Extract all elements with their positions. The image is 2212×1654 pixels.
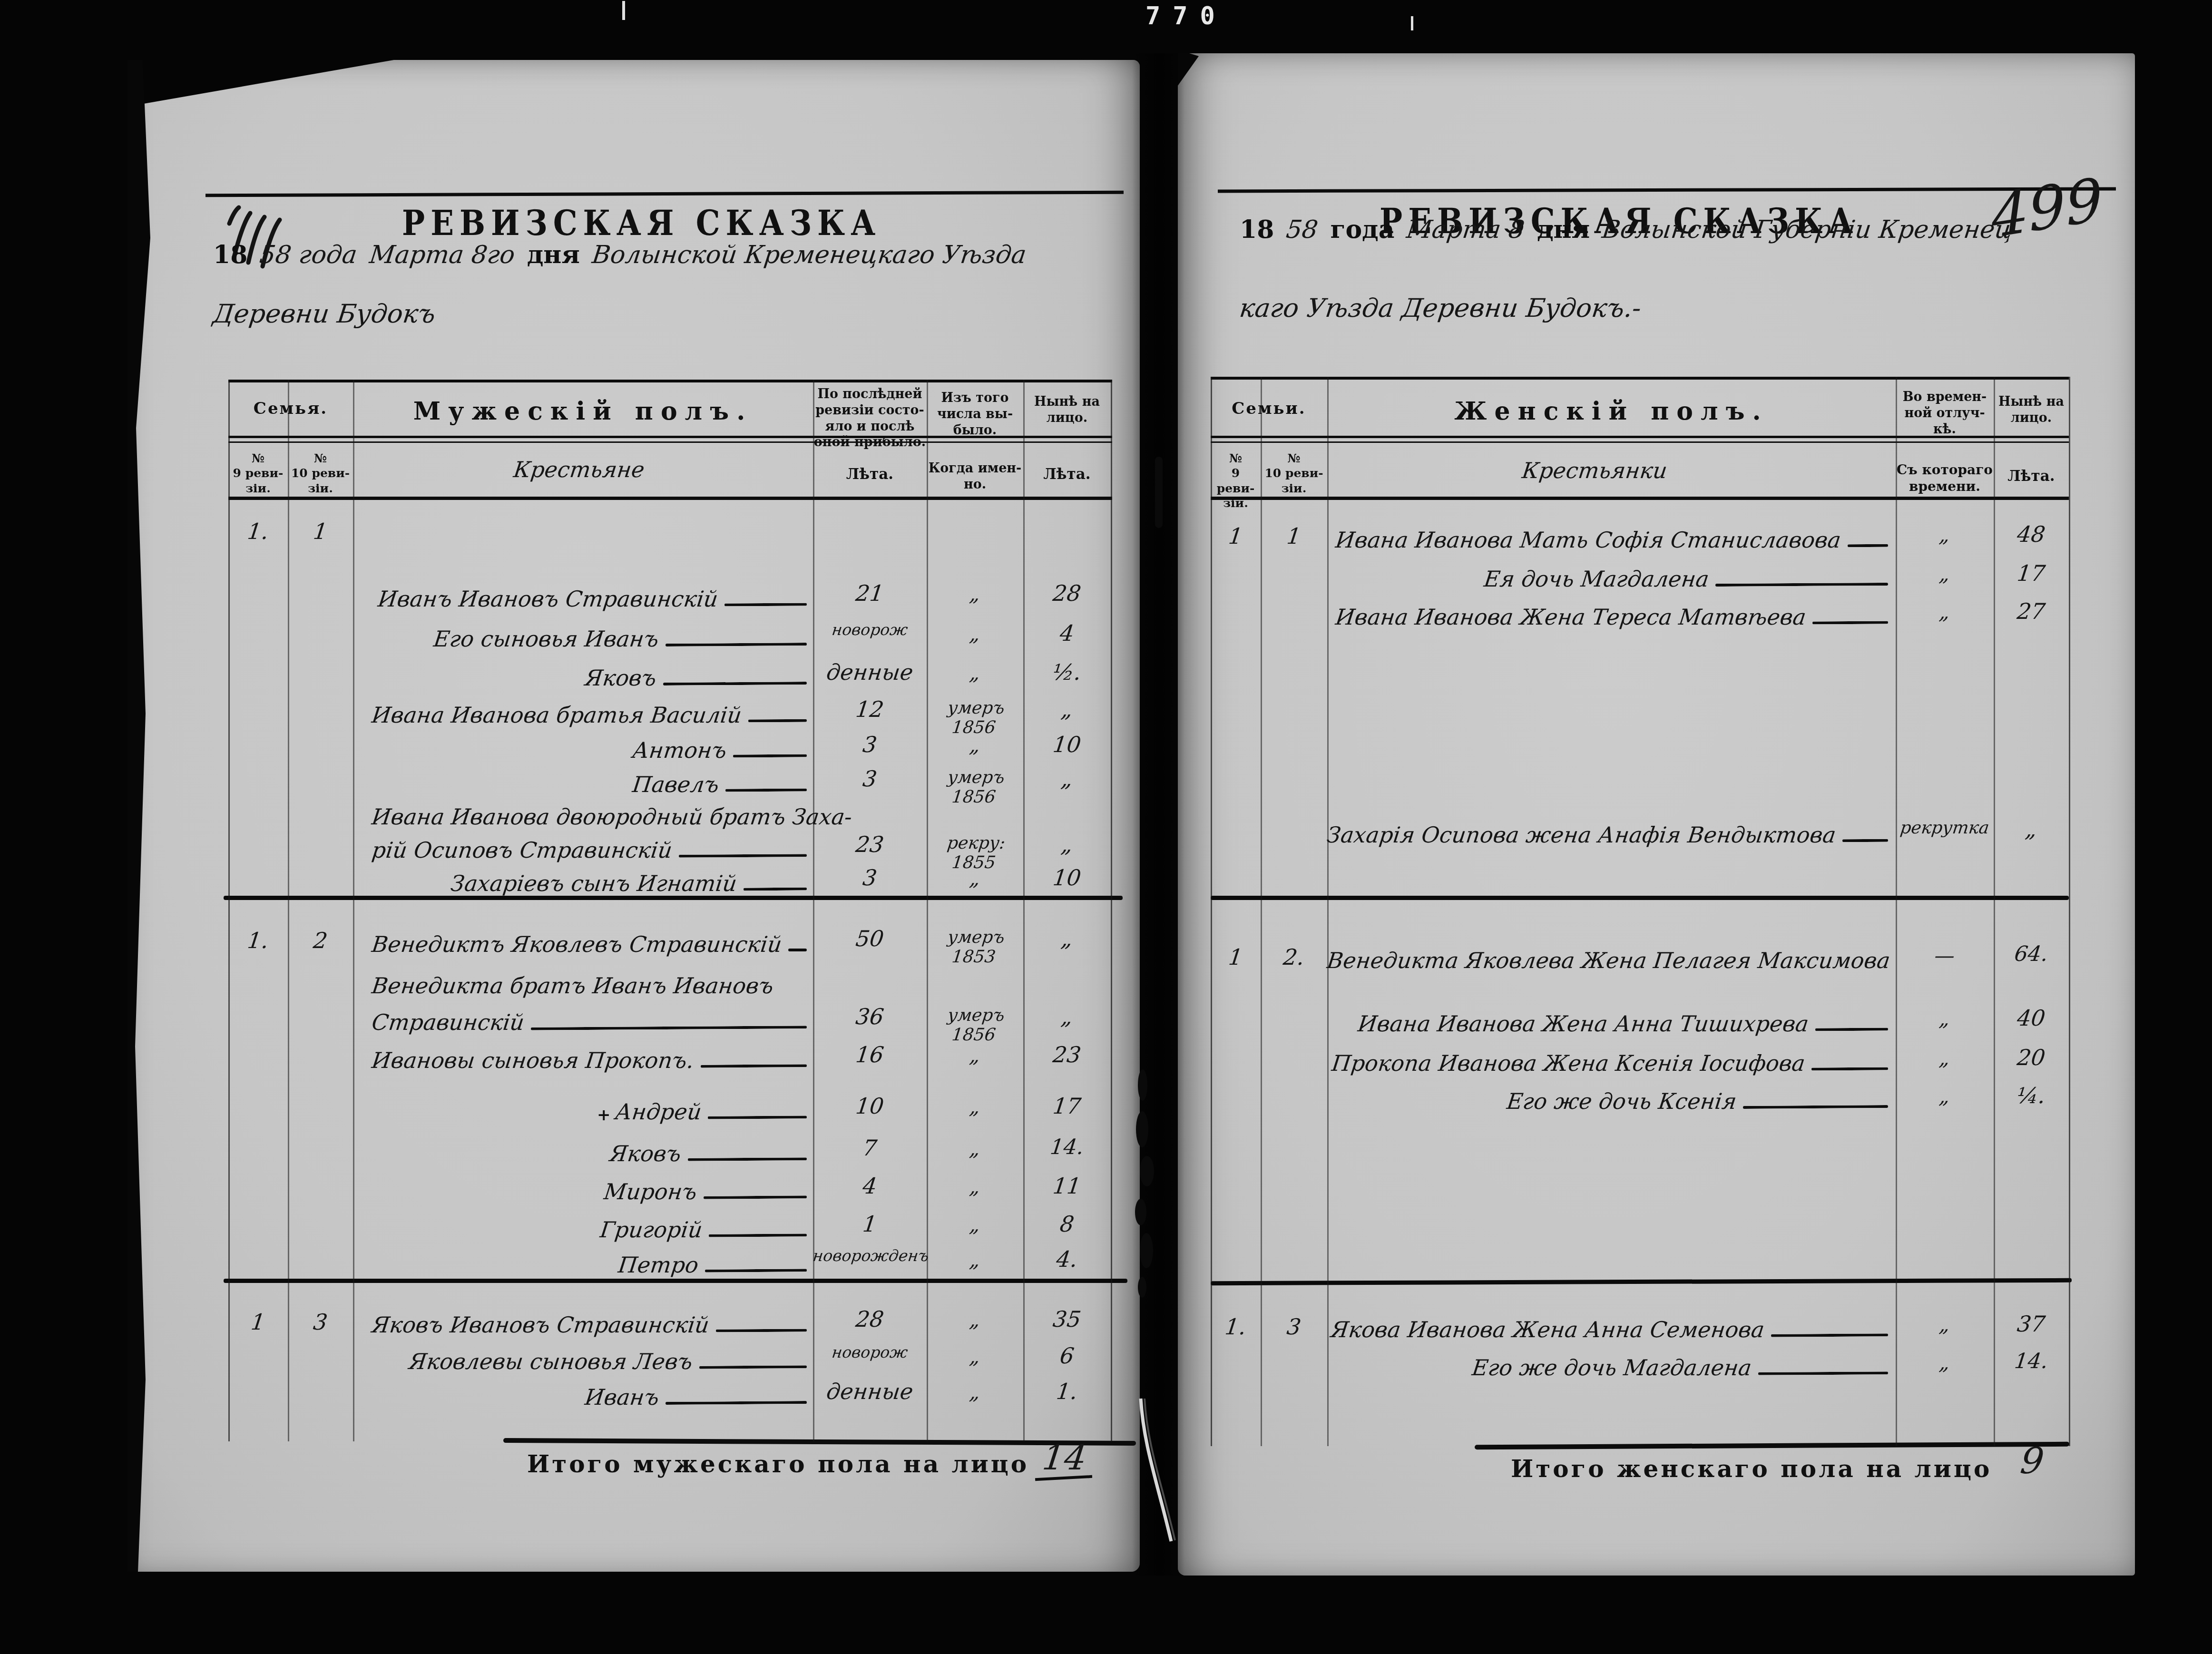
departure-note: умеръ 1853 bbox=[924, 928, 1026, 967]
handwritten-dash bbox=[1811, 1067, 1888, 1071]
departure-note: „ bbox=[925, 661, 1025, 685]
table-column-line bbox=[813, 380, 814, 1441]
table-row: Яковъ bbox=[585, 660, 810, 691]
table-row: Ивана Иванова братья Василій bbox=[372, 697, 810, 728]
person-name: Миронъ bbox=[603, 1179, 698, 1204]
absence-note: — bbox=[1894, 944, 1995, 967]
handwritten-dash bbox=[1715, 583, 1888, 587]
table-row: Венедикта братъ Иванъ Ивановъ bbox=[372, 968, 810, 998]
person-name: Яковъ Ивановъ Стравинскій bbox=[371, 1312, 711, 1338]
age-previous-revision: 16 bbox=[812, 1042, 929, 1067]
age-now: „ bbox=[1022, 766, 1113, 792]
table-row: Его же дочь Магдалена bbox=[1472, 1350, 1891, 1380]
age-previous-revision: 1 bbox=[812, 1211, 929, 1237]
departure-note: „ bbox=[925, 1175, 1025, 1198]
person-name: Иванъ bbox=[584, 1384, 661, 1410]
table-row: Ивана Иванова двоюродный братъ Заха- bbox=[372, 799, 810, 830]
age-now: 40 bbox=[1992, 1005, 2071, 1031]
departure-note: умеръ 1856 bbox=[924, 768, 1026, 807]
left-table-top-border bbox=[228, 380, 1112, 382]
right-group-label: Крестьянки bbox=[1521, 458, 1669, 483]
ink-blot bbox=[1140, 1233, 1153, 1268]
left-family-separator-2 bbox=[224, 1279, 1127, 1283]
right-page bbox=[1178, 53, 2135, 1576]
ink-blot bbox=[1140, 1156, 1154, 1186]
person-name: Яковъ bbox=[584, 665, 658, 691]
age-previous-revision: денные bbox=[812, 1379, 929, 1404]
age-now: „ bbox=[1022, 1004, 1113, 1029]
left-total-label: Итого мужескаго пола на лицо bbox=[527, 1450, 1029, 1478]
absence-note: рекрутка bbox=[1894, 818, 1995, 838]
table-row: Захаріевъ сынъ Игнатій bbox=[451, 866, 810, 896]
age-now: 27 bbox=[1992, 598, 2071, 624]
age-now: 10 bbox=[1022, 732, 1113, 757]
table-row: Ивановы сыновья Прокопъ. bbox=[372, 1043, 810, 1073]
date-segment: Волынской Кременецкаго Уѣзда bbox=[590, 241, 1028, 269]
table-row: Миронъ bbox=[604, 1174, 810, 1204]
table-column-line bbox=[1327, 377, 1329, 1446]
age-now: 20 bbox=[1992, 1045, 2071, 1070]
table-row: Его сыновья Иванъ bbox=[434, 621, 810, 652]
age-previous-revision: 12 bbox=[812, 696, 929, 722]
right-header-double-rule-b bbox=[1211, 441, 2069, 443]
table-row: Ея дочь Магдалена bbox=[1484, 561, 1891, 592]
date-segment: Волынской Губерніи Кременец- bbox=[1600, 215, 2022, 244]
absence-note: „ bbox=[1894, 1047, 1995, 1070]
age-previous-revision: новорож bbox=[812, 1343, 928, 1361]
right-header-bottom-rule bbox=[1211, 497, 2069, 500]
family-number-rev10: 3 bbox=[1259, 1314, 1329, 1340]
table-row: Павелъ bbox=[633, 767, 810, 797]
table-row: Яковъ bbox=[610, 1136, 810, 1166]
person-name: Ивана Иванова Жена Тереса Матвѣева bbox=[1334, 604, 1808, 630]
right-col-rev10-header: № 10 реви- зіи. bbox=[1261, 451, 1327, 496]
right-col-away-sub: Съ котораго времени. bbox=[1896, 461, 1994, 495]
age-previous-revision: 50 bbox=[812, 926, 929, 951]
table-row: Иванъ Ивановъ Стравинскій bbox=[378, 581, 810, 612]
person-name: Ивана Иванова Мать Софія Станиславова bbox=[1334, 527, 1842, 553]
table-column-line bbox=[927, 380, 928, 1441]
handwritten-dash bbox=[704, 1195, 807, 1199]
date-segment: дня bbox=[527, 240, 580, 269]
frame-tick-left bbox=[622, 1, 625, 20]
handwritten-dash bbox=[1812, 621, 1888, 625]
date-segment: 58 года bbox=[258, 241, 359, 269]
handwritten-dash bbox=[733, 754, 807, 758]
handwritten-dash bbox=[701, 1064, 807, 1067]
absence-note: „ bbox=[1894, 1007, 1995, 1030]
age-now: 17 bbox=[1992, 560, 2071, 586]
left-group-label: Крестьяне bbox=[512, 457, 646, 482]
right-family-separator-1 bbox=[1211, 896, 2069, 900]
person-name: Захаріевъ сынъ Игнатій bbox=[450, 871, 738, 896]
left-col-prev-sub: Лѣта. bbox=[813, 465, 927, 484]
date-segment: 58 bbox=[1285, 215, 1320, 244]
age-now: 14. bbox=[1992, 1349, 2070, 1373]
handwritten-dash bbox=[1743, 1105, 1888, 1109]
departure-note: „ bbox=[925, 1095, 1025, 1118]
table-row: Якова Иванова Жена Анна Семенова bbox=[1331, 1312, 1891, 1342]
absence-note: „ bbox=[1894, 562, 1995, 586]
age-previous-revision: 23 bbox=[812, 832, 929, 857]
age-now: 11 bbox=[1022, 1173, 1113, 1199]
table-row: Григорій bbox=[600, 1212, 810, 1243]
departure-note: „ bbox=[925, 582, 1025, 606]
age-now: „ bbox=[1022, 926, 1113, 951]
age-now: 8 bbox=[1022, 1211, 1113, 1237]
handwritten-dash bbox=[788, 949, 807, 951]
table-row: Ивана Иванова Мать Софія Станиславова bbox=[1336, 522, 1891, 553]
age-previous-revision: 36 bbox=[812, 1004, 929, 1029]
departure-note: „ bbox=[925, 1248, 1025, 1272]
table-row: Стравинскій bbox=[372, 1005, 810, 1035]
family-number-rev10: 2. bbox=[1259, 944, 1329, 970]
left-col-sex-header: Мужескій полъ. bbox=[353, 396, 813, 427]
left-page-title: РЕВИЗСКАЯ СКАЗКА bbox=[402, 203, 881, 244]
table-row: Яковъ Ивановъ Стравинскій bbox=[372, 1307, 810, 1338]
person-name: Венедикта Яковлева Жена Пелагея Максимов… bbox=[1326, 948, 1892, 973]
age-now: 14. bbox=[1022, 1135, 1112, 1159]
table-row: Захарія Осипова жена Анафія Вендыктова bbox=[1327, 817, 1891, 848]
handwritten-dash bbox=[716, 1329, 807, 1332]
table-row: Ивана Иванова Жена Анна Тишихрева bbox=[1358, 1006, 1891, 1037]
book-spine bbox=[1132, 53, 1184, 1576]
age-now: 35 bbox=[1022, 1306, 1113, 1332]
handwritten-dash bbox=[531, 1026, 807, 1030]
departure-note: умеръ 1856 bbox=[924, 698, 1026, 737]
family-number-rev9: 1. bbox=[227, 519, 290, 544]
person-name: Иванъ Ивановъ Стравинскій bbox=[377, 586, 720, 612]
handwritten-dash bbox=[1758, 1371, 1888, 1375]
age-now: 10 bbox=[1022, 865, 1113, 891]
departure-note: „ bbox=[925, 1308, 1025, 1331]
person-name: Ивана Иванова Жена Анна Тишихрева bbox=[1357, 1011, 1810, 1037]
handwritten-dash bbox=[1815, 1028, 1888, 1031]
person-name: рій Осиповъ Стравинскій bbox=[371, 837, 674, 863]
left-header-double-rule-b bbox=[228, 441, 1112, 443]
frame-tick-mid bbox=[1411, 16, 1413, 30]
date-segment: 18 bbox=[1240, 215, 1274, 244]
absence-note: „ bbox=[1894, 1313, 1995, 1336]
family-number-rev10: 3 bbox=[286, 1309, 355, 1335]
age-previous-revision: 3 bbox=[812, 865, 929, 891]
table-column-line bbox=[2069, 377, 2070, 1446]
left-place-line: Деревни Будокъ bbox=[211, 299, 437, 329]
date-segment: 18 bbox=[213, 240, 247, 269]
absence-note: „ bbox=[1894, 523, 1995, 547]
left-family-separator-1 bbox=[224, 896, 1123, 900]
right-total-label: Итого женскаго пола на лицо bbox=[1511, 1455, 1992, 1483]
age-now: 4. bbox=[1022, 1246, 1113, 1272]
age-now: 64. bbox=[1992, 942, 2070, 966]
departure-note: „ bbox=[925, 1044, 1025, 1067]
right-col-away-header: Во времен- ной отлуч- кѣ. bbox=[1896, 389, 1994, 437]
date-segment: Марта 8 bbox=[1405, 215, 1527, 244]
right-col-sex-header: Женскій полъ. bbox=[1327, 396, 1896, 427]
age-previous-revision: 21 bbox=[812, 580, 929, 606]
table-row: Антонъ bbox=[633, 733, 810, 763]
ink-blot bbox=[1136, 1111, 1148, 1147]
table-row: рій Осиповъ Стравинскій bbox=[372, 832, 810, 863]
age-previous-revision: 3 bbox=[812, 732, 929, 757]
right-place-line: каго Уѣзда Деревни Будокъ.- bbox=[1238, 293, 1643, 323]
age-now: 4 bbox=[1022, 620, 1113, 646]
age-now: 17 bbox=[1022, 1093, 1113, 1119]
handwritten-dash bbox=[725, 788, 807, 792]
table-row: Яковлевы сыновья Левъ bbox=[409, 1344, 810, 1374]
age-now: „ bbox=[1992, 816, 2071, 842]
handwritten-dash bbox=[1771, 1333, 1888, 1337]
family-number-rev9: 1 bbox=[227, 1309, 290, 1335]
age-previous-revision: новорож bbox=[812, 620, 928, 639]
family-number-rev10: 2 bbox=[286, 928, 355, 953]
document-photo: 770 РЕВИЗСКАЯ СКАЗКА 1858 годаМарта 8год… bbox=[0, 0, 2212, 1654]
age-previous-revision: 28 bbox=[812, 1306, 929, 1332]
family-number-rev10: 1 bbox=[1259, 523, 1329, 549]
person-name: Якова Иванова Жена Анна Семенова bbox=[1330, 1317, 1766, 1342]
person-name: Захарія Осипова жена Анафія Вендыктова bbox=[1326, 822, 1838, 848]
handwritten-dash bbox=[708, 1116, 807, 1119]
age-now: ½. bbox=[1022, 659, 1113, 685]
handwritten-dash bbox=[688, 1157, 807, 1161]
date-segment: Марта 8го bbox=[368, 241, 516, 269]
date-segment: года bbox=[1331, 215, 1395, 244]
person-name: Яковъ bbox=[608, 1141, 683, 1166]
left-col-out-sub: Когда имен- но. bbox=[927, 460, 1023, 493]
person-name: Его сыновья Иванъ bbox=[432, 626, 660, 652]
table-row: Прокопа Иванова Жена Ксенія Іосифова bbox=[1332, 1046, 1891, 1076]
person-name: Ея дочь Магдалена bbox=[1483, 566, 1711, 592]
age-now: ¼. bbox=[1992, 1083, 2071, 1108]
family-number-rev9: 1 bbox=[1209, 944, 1263, 970]
age-now: 1. bbox=[1022, 1379, 1113, 1404]
departure-note: „ bbox=[925, 867, 1025, 890]
ink-blot bbox=[1135, 1199, 1146, 1225]
left-header-bottom-rule bbox=[228, 497, 1112, 500]
person-name: Венедиктъ Яковлевъ Стравинскій bbox=[371, 931, 783, 957]
left-col-now-sub: Лѣта. bbox=[1023, 465, 1111, 484]
ink-blot bbox=[1138, 1277, 1146, 1298]
person-name: Его же дочь Магдалена bbox=[1471, 1355, 1753, 1380]
person-name: Его же дочь Ксенія bbox=[1506, 1088, 1738, 1114]
age-now: 28 bbox=[1022, 580, 1113, 606]
departure-note: „ bbox=[925, 1137, 1025, 1160]
age-previous-revision: новорожденъ bbox=[812, 1246, 928, 1265]
left-total-value: 14 bbox=[1040, 1438, 1089, 1478]
departure-note: „ bbox=[925, 734, 1025, 757]
handwritten-dash bbox=[709, 1233, 807, 1237]
person-name: Ивана Иванова братья Василій bbox=[371, 702, 743, 728]
ink-blot bbox=[1138, 1069, 1147, 1101]
table-row: Иванъ bbox=[585, 1380, 810, 1410]
departure-note: „ bbox=[925, 622, 1025, 646]
left-date-line: 1858 годаМарта 8годняВолынской Кременецк… bbox=[213, 240, 1026, 269]
age-previous-revision: денные bbox=[812, 659, 929, 685]
age-now: 23 bbox=[1022, 1042, 1113, 1067]
person-name: Прокопа Иванова Жена Ксенія Іосифова bbox=[1331, 1050, 1807, 1076]
date-segment: дня bbox=[1537, 215, 1590, 244]
handwritten-dash bbox=[699, 1365, 807, 1369]
age-now: „ bbox=[1022, 832, 1113, 857]
handwritten-dash bbox=[744, 888, 807, 891]
right-col-now-header: Нынѣ на лицо. bbox=[1994, 394, 2069, 426]
person-name: Павелъ bbox=[631, 772, 721, 797]
age-previous-revision: 7 bbox=[812, 1135, 929, 1161]
person-name: Ивана Иванова двоюродный братъ Заха- bbox=[371, 804, 854, 830]
handwritten-dash bbox=[679, 854, 807, 858]
person-name: Яковлевы сыновья Левъ bbox=[408, 1349, 694, 1374]
table-row: +Андрей bbox=[597, 1094, 810, 1125]
right-col-now-sub: Лѣта. bbox=[1994, 467, 2069, 486]
family-number-rev9: 1. bbox=[1209, 1314, 1263, 1340]
age-now: „ bbox=[1022, 696, 1113, 722]
person-name: Андрей bbox=[614, 1099, 703, 1125]
age-now: 6 bbox=[1022, 1343, 1113, 1369]
age-now: 48 bbox=[1992, 521, 2071, 547]
table-row: Венедикта Яковлева Жена Пелагея Максимов… bbox=[1327, 943, 1891, 973]
departure-note: „ bbox=[925, 1345, 1025, 1368]
person-name: Ивановы сыновья Прокопъ. bbox=[371, 1047, 695, 1073]
age-now: 37 bbox=[1992, 1311, 2071, 1337]
absence-note: „ bbox=[1894, 1351, 1995, 1374]
person-name: Венедикта братъ Иванъ Ивановъ bbox=[371, 973, 775, 998]
left-col-now-header: Нынѣ на лицо. bbox=[1023, 394, 1111, 426]
handwritten-dash bbox=[1842, 839, 1888, 842]
person-name: Григорій bbox=[599, 1217, 704, 1243]
right-col-family-header: Семьи. bbox=[1211, 399, 1327, 419]
family-number-rev10: 1 bbox=[286, 519, 355, 544]
departure-note: умеръ 1856 bbox=[924, 1006, 1026, 1045]
handwritten-dash bbox=[724, 603, 807, 606]
table-row: Петро bbox=[618, 1247, 810, 1278]
right-col-rev9-header: № 9 реви- зіи. bbox=[1211, 451, 1261, 510]
family-number-rev9: 1. bbox=[227, 928, 290, 953]
departure-note: „ bbox=[925, 1380, 1025, 1404]
table-column-line bbox=[353, 380, 354, 1441]
age-previous-revision: 10 bbox=[812, 1093, 929, 1119]
row-prefix-mark: + bbox=[597, 1106, 611, 1125]
family-number-rev9: 1 bbox=[1209, 523, 1263, 549]
table-column-line bbox=[1023, 380, 1025, 1441]
left-col-rev10-header: № 10 реви- зіи. bbox=[288, 451, 353, 496]
handwritten-dash bbox=[705, 1269, 807, 1272]
handwritten-dash bbox=[666, 1401, 807, 1405]
left-col-out-header: Изъ того числа вы- было. bbox=[927, 390, 1023, 438]
right-table-top-border bbox=[1211, 377, 2069, 380]
absence-note: „ bbox=[1894, 600, 1995, 624]
handwritten-dash bbox=[748, 719, 807, 723]
left-col-prev-header: По послѣдней ревизіи состо- яло и послѣ … bbox=[813, 386, 927, 450]
left-col-family-header: Семья. bbox=[228, 399, 353, 419]
handwritten-dash bbox=[663, 682, 807, 685]
right-date-line: 1858годаМарта 8дняВолынской Губерніи Кре… bbox=[1240, 215, 2020, 244]
age-previous-revision: 4 bbox=[812, 1173, 929, 1199]
person-name: Антонъ bbox=[631, 737, 728, 763]
age-previous-revision: 3 bbox=[812, 766, 929, 792]
ink-blot bbox=[1155, 457, 1163, 528]
table-row: Венедиктъ Яковлевъ Стравинскій bbox=[372, 927, 810, 957]
table-row: Ивана Иванова Жена Тереса Матвѣева bbox=[1336, 599, 1891, 630]
person-name: Стравинскій bbox=[371, 1009, 526, 1035]
person-name: Петро bbox=[617, 1252, 700, 1278]
frame-counter: 770 bbox=[1145, 2, 1227, 30]
absence-note: „ bbox=[1894, 1085, 1995, 1108]
table-row: Его же дочь Ксенія bbox=[1507, 1084, 1891, 1114]
handwritten-dash bbox=[666, 643, 807, 646]
table-column-line bbox=[1111, 380, 1112, 1441]
left-col-rev9-header: № 9 реви- зіи. bbox=[228, 451, 288, 496]
departure-note: „ bbox=[925, 1213, 1025, 1236]
handwritten-dash bbox=[1848, 544, 1888, 548]
